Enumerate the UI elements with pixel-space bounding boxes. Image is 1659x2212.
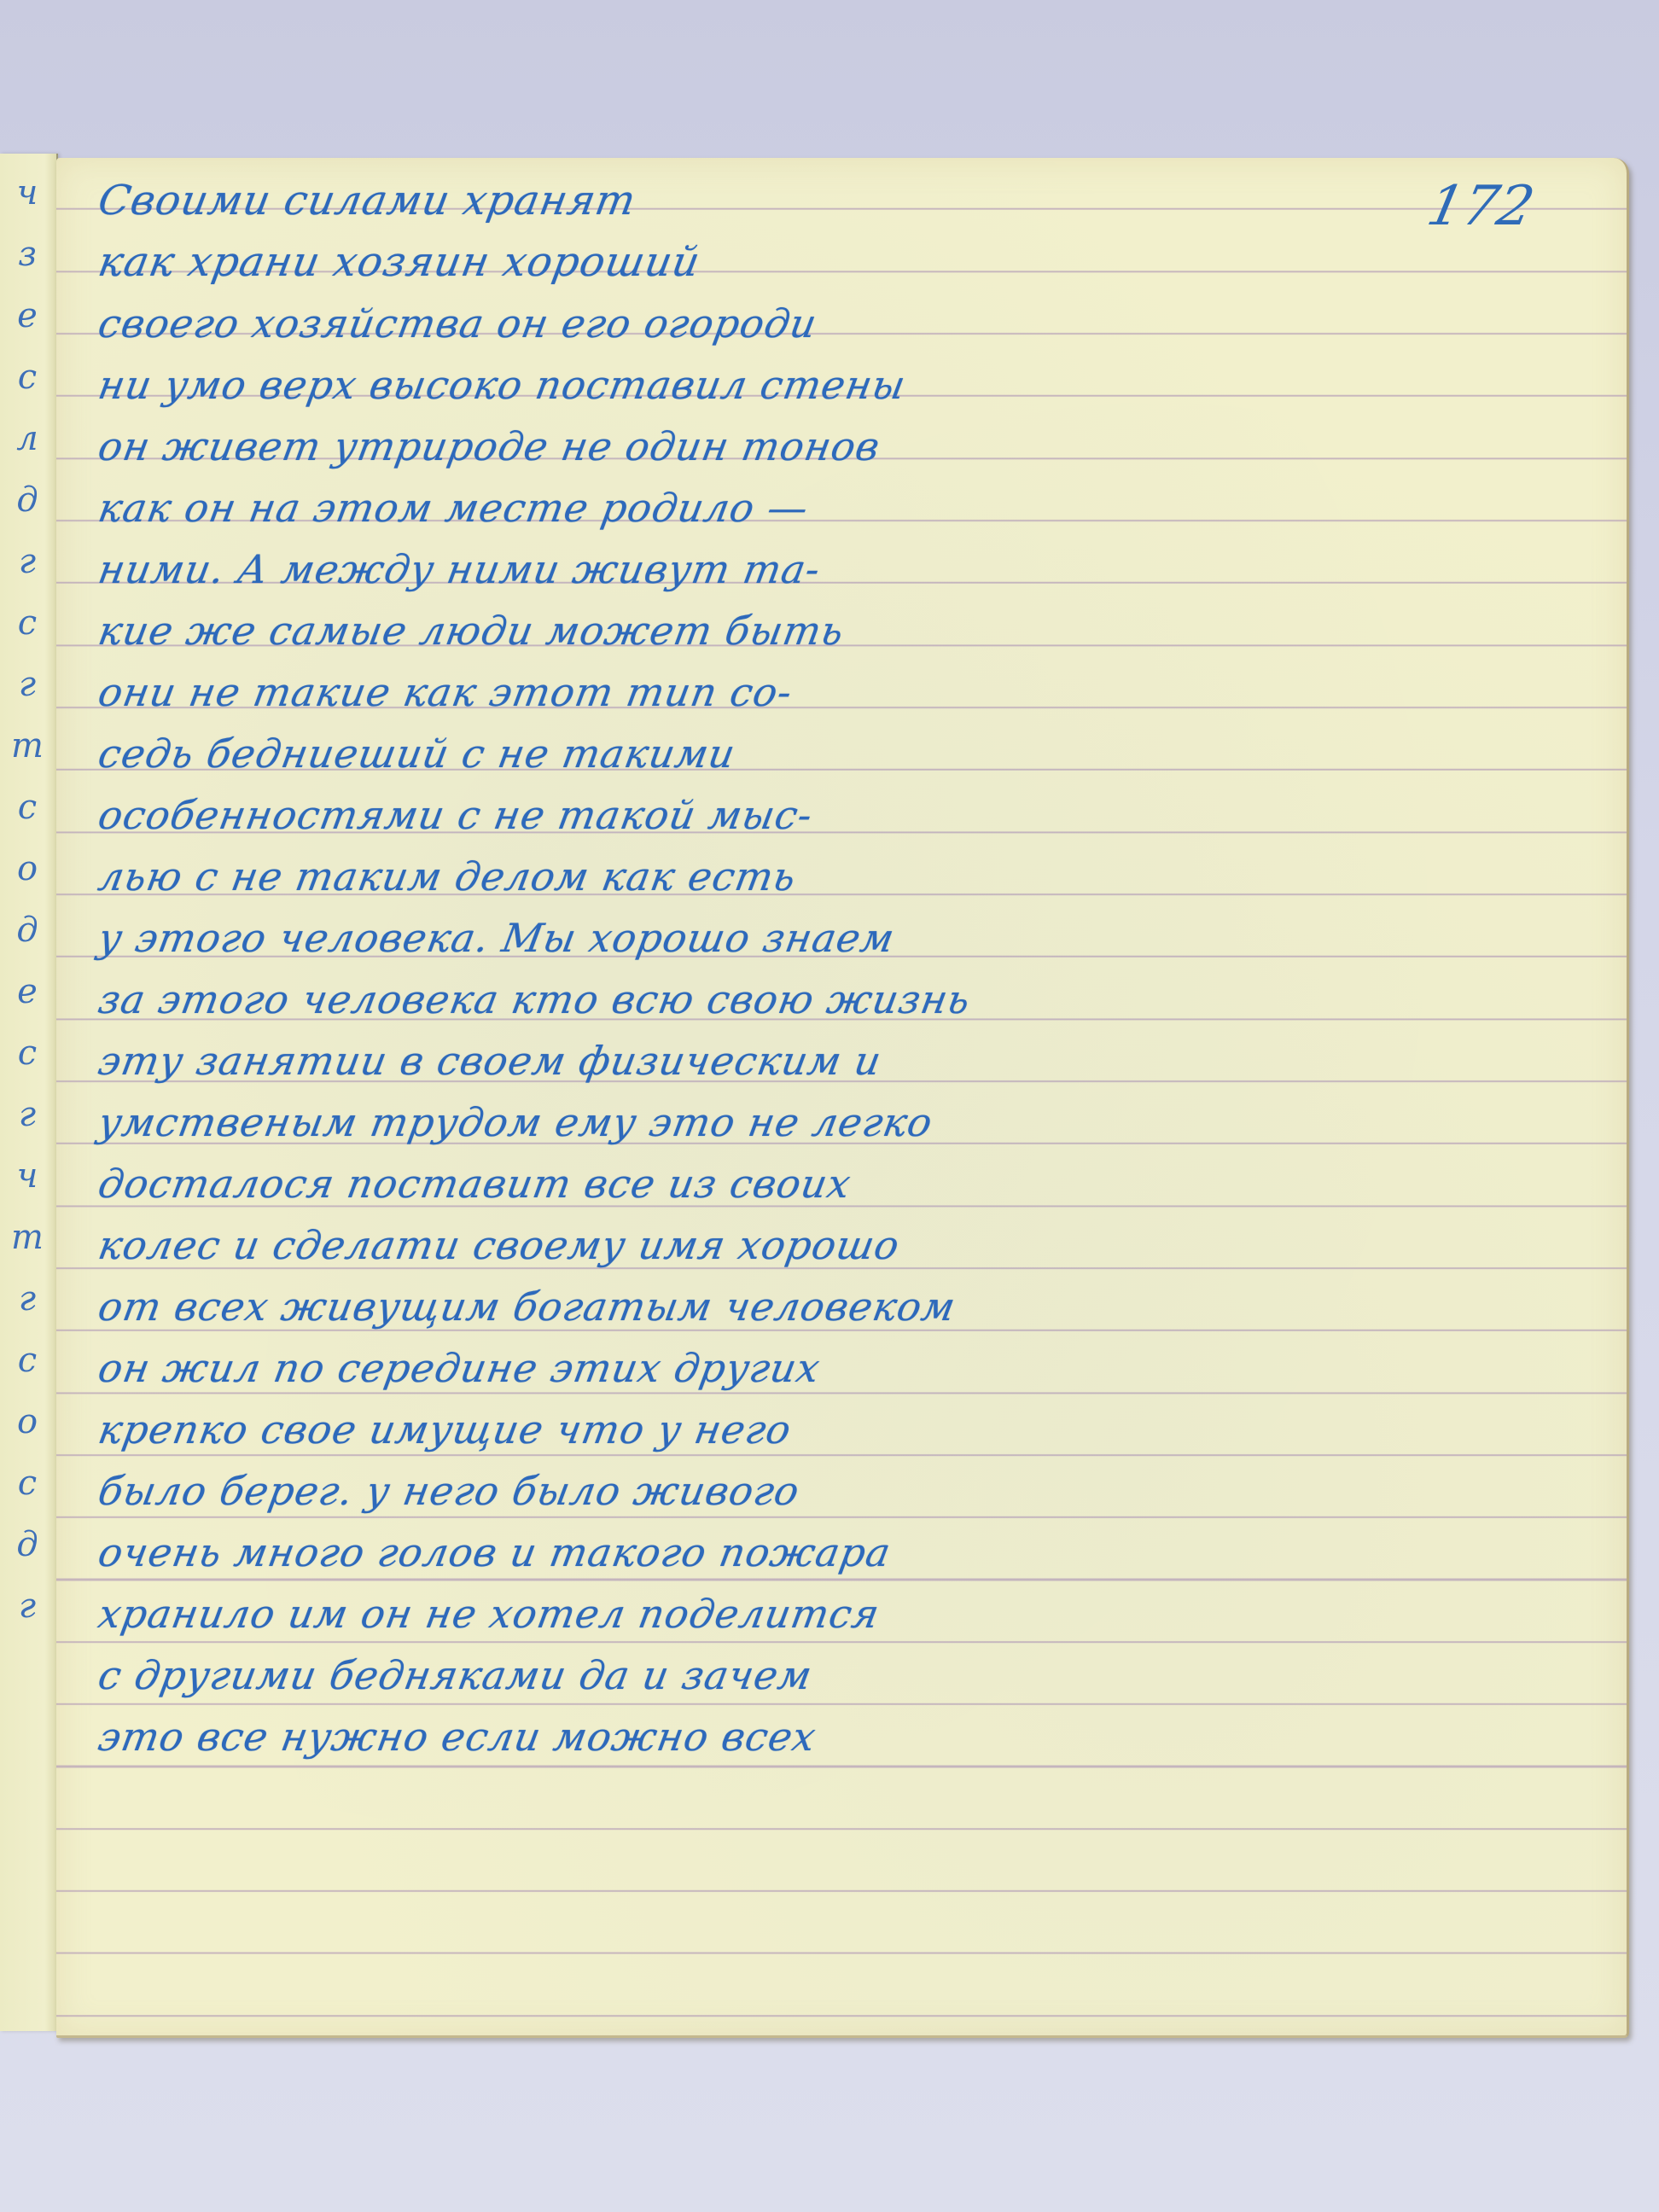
margin-glyph: ч	[3, 162, 51, 224]
margin-glyph: г	[3, 1268, 51, 1330]
margin-glyph: г	[3, 654, 51, 715]
margin-glyph: л	[3, 408, 51, 469]
handwritten-text: Своими силами хранят как храни хозяин хо…	[99, 170, 1584, 1767]
text-line: крепко свое имущие что у него	[94, 1399, 1590, 1460]
margin-glyph: т	[3, 1207, 51, 1268]
text-line: Своими силами хранят	[94, 170, 1590, 231]
text-line: ними. А между ними живут та-	[94, 538, 1590, 600]
text-line: как храни хозяин хороший	[94, 231, 1590, 293]
margin-glyph: с	[3, 1022, 51, 1084]
margin-glyph: с	[3, 777, 51, 838]
text-line: седь бедниеший с не такими	[94, 723, 1590, 784]
text-line: очень много голов и такого пожара	[94, 1522, 1590, 1583]
text-line: колес и сделати своему имя хорошо	[94, 1214, 1590, 1276]
text-line: своего хозяйства он его огороди	[94, 293, 1590, 354]
text-line: особенностями с не такой мыс-	[94, 784, 1590, 846]
margin-glyph: г	[3, 1084, 51, 1145]
margin-glyph: д	[3, 1514, 51, 1575]
margin-glyph: е	[3, 961, 51, 1022]
margin-glyph: д	[3, 469, 51, 531]
text-line: эту занятии в своем физическим и	[94, 1030, 1590, 1091]
margin-glyph: з	[3, 224, 51, 285]
text-line: у этого человека. Мы хорошо знаем	[94, 907, 1590, 969]
margin-glyph: с	[3, 346, 51, 408]
margin-glyph: с	[3, 1330, 51, 1391]
text-line: умственым трудом ему это не легко	[94, 1091, 1590, 1153]
text-line: за этого человека кто всю свою жизнь	[94, 969, 1590, 1030]
margin-glyph: е	[3, 285, 51, 346]
text-line: досталося поставит все из своих	[94, 1153, 1590, 1214]
text-line: кие же самые люди может быть	[94, 600, 1590, 661]
margin-glyph: с	[3, 1452, 51, 1514]
previous-page-glyphs: ч з е с л д г с г т с о д е с г ч т г с …	[3, 162, 51, 1637]
text-line: как он на этом месте родило —	[94, 477, 1590, 538]
text-line: он живет утрироде не один тонов	[94, 416, 1590, 477]
margin-glyph: т	[3, 715, 51, 777]
margin-glyph: г	[3, 1575, 51, 1637]
text-line: это все нужно если можно всех	[94, 1706, 1590, 1767]
margin-glyph: г	[3, 531, 51, 592]
text-line: они не такие как этот тип со-	[94, 661, 1590, 723]
margin-glyph: д	[3, 899, 51, 961]
margin-glyph: ч	[3, 1145, 51, 1207]
text-line: лью с не таким делом как есть	[94, 846, 1590, 907]
text-line: ни умо верх высоко поставил стены	[94, 354, 1590, 416]
text-line: от всех живущим богатым человеком	[94, 1276, 1590, 1337]
notebook-page: 172 Своими силами хранят как храни хозяи…	[56, 158, 1629, 2038]
previous-page-edge: ч з е с л д г с г т с о д е с г ч т г с …	[0, 154, 58, 2031]
margin-glyph: о	[3, 838, 51, 899]
text-line: он жил по середине этих других	[94, 1337, 1590, 1399]
text-line: было берег. у него было живого	[94, 1460, 1590, 1522]
margin-glyph: с	[3, 592, 51, 654]
margin-glyph: о	[3, 1391, 51, 1452]
text-line: с другими бедняками да и зачем	[94, 1644, 1590, 1706]
text-line: хранило им он не хотел поделится	[94, 1583, 1590, 1644]
